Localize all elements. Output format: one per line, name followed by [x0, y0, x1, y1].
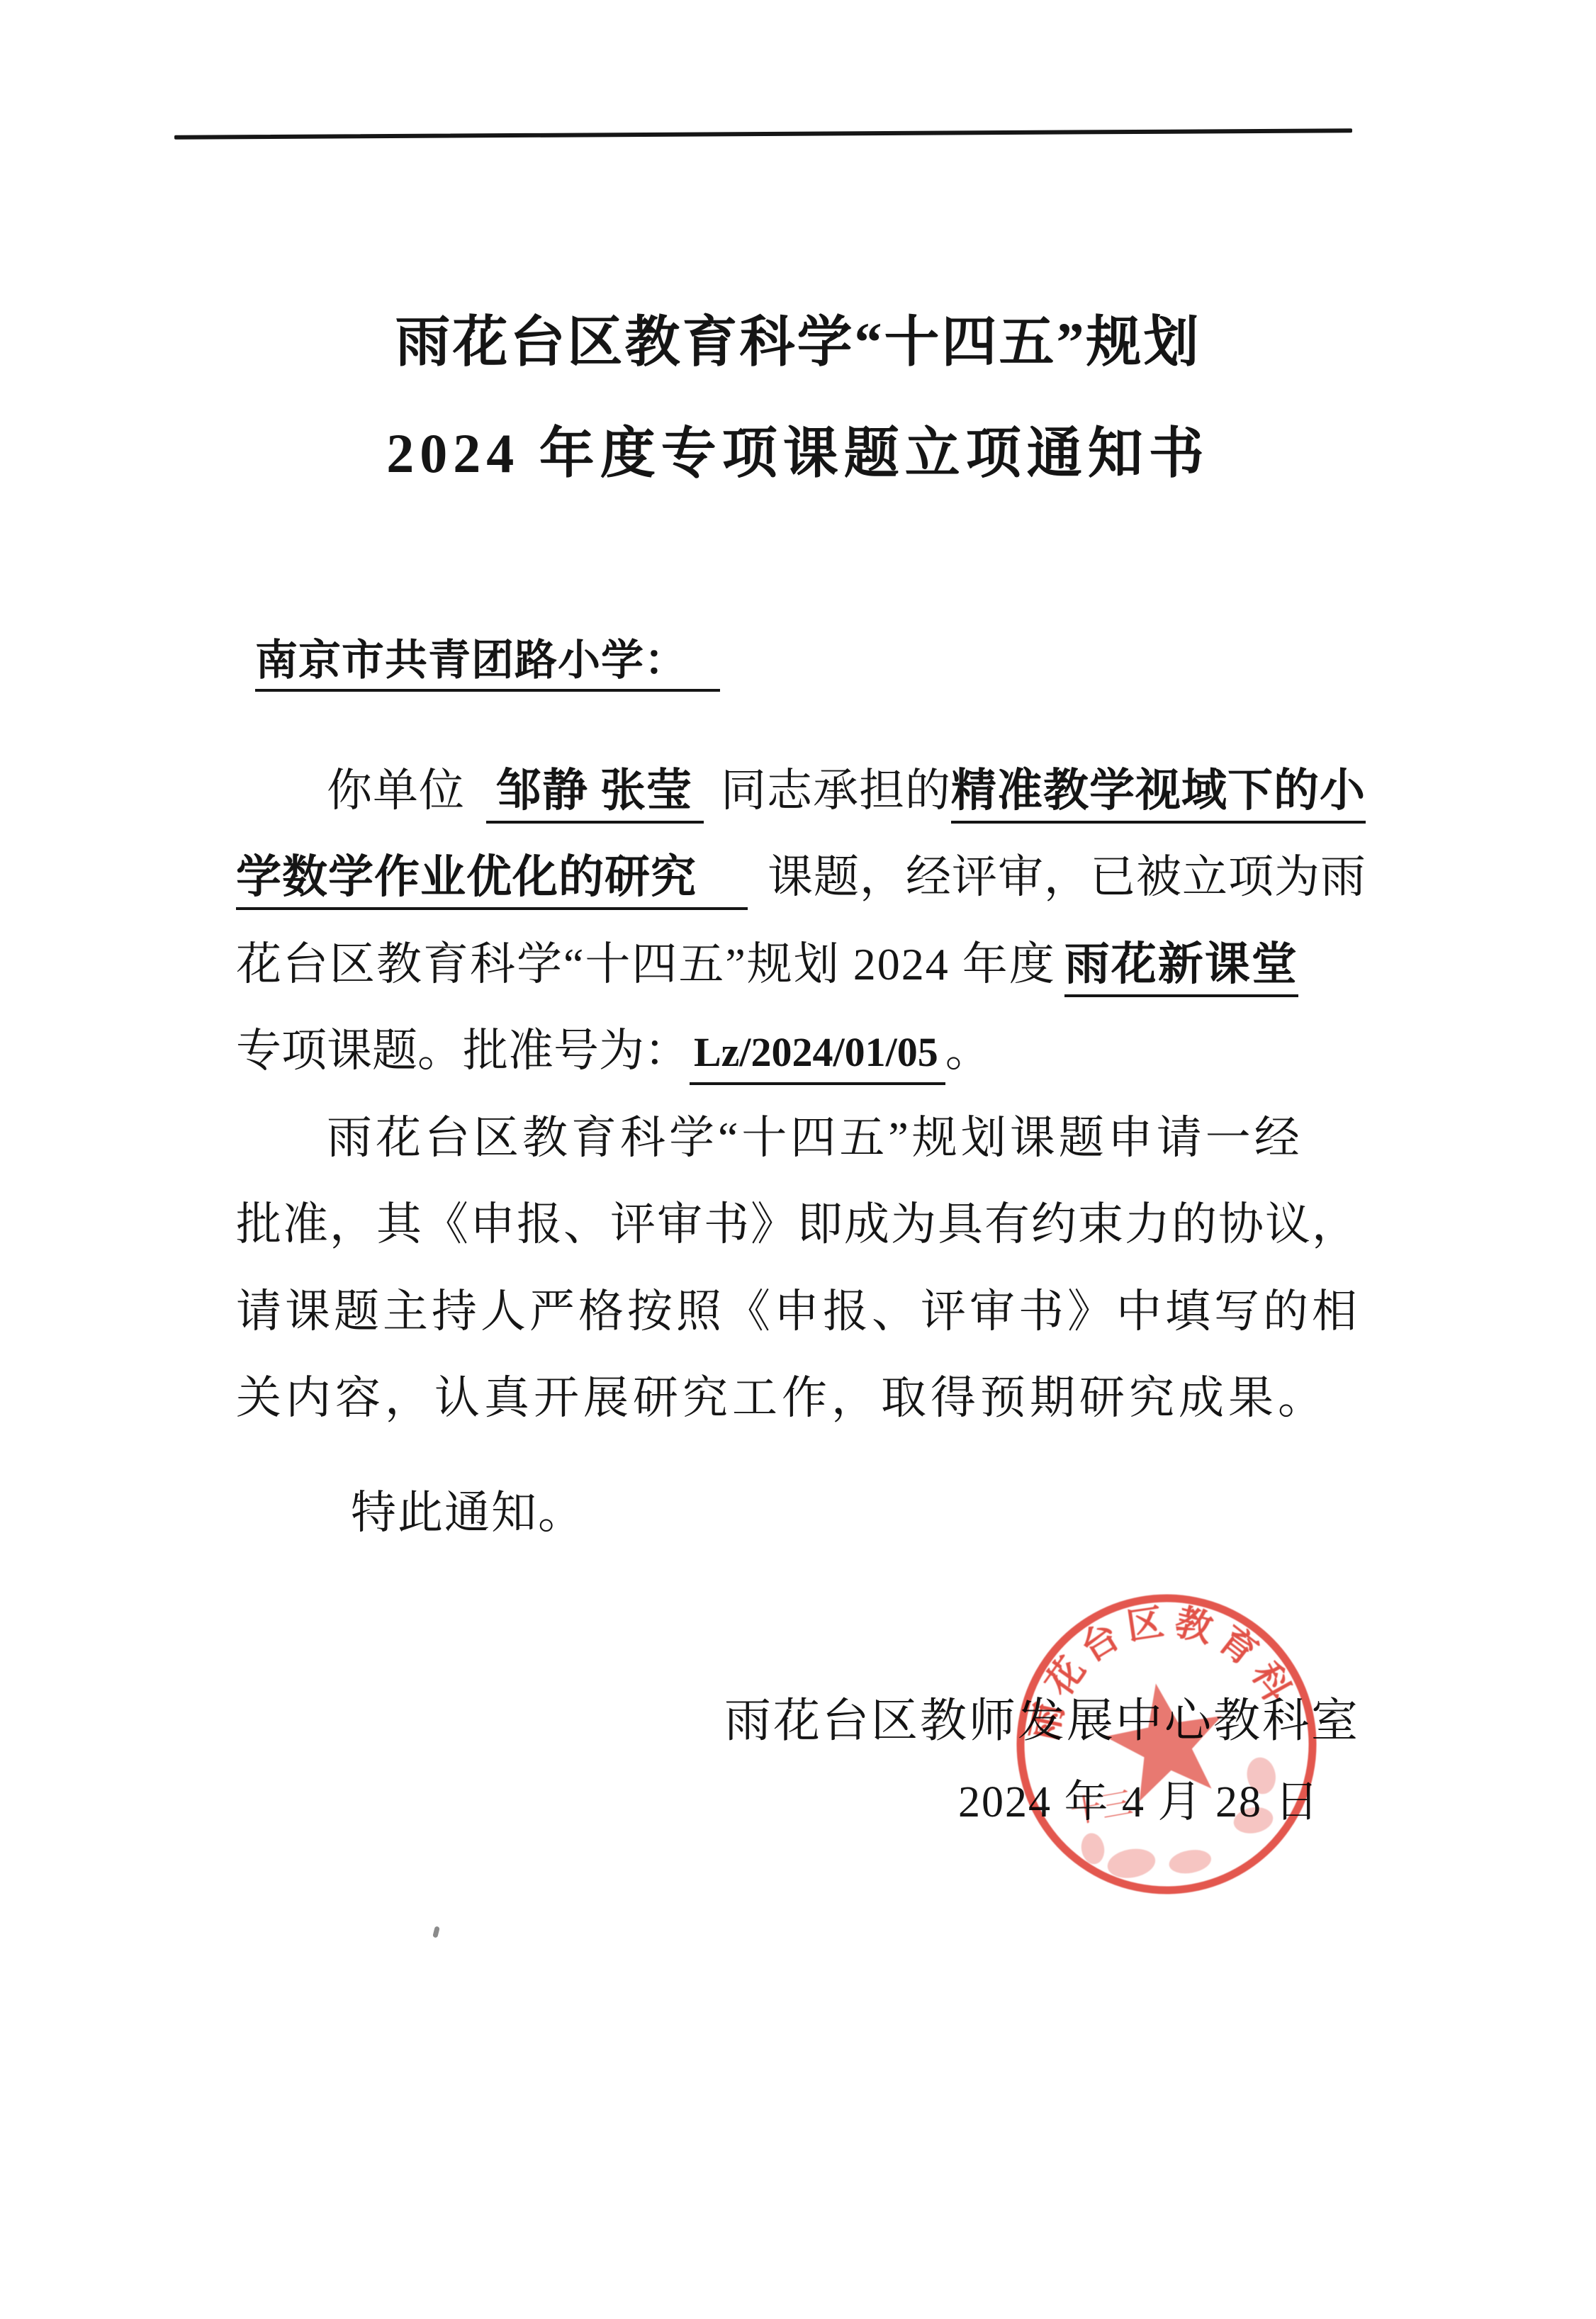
body-text: 你单位: [327, 765, 465, 816]
addressee-line: 南京市共青团路小学：: [255, 627, 720, 687]
top-horizontal-rule: [174, 128, 1352, 140]
special-category-name: 雨花新课堂: [1064, 939, 1298, 997]
approval-number: Lz/2024/01/05: [690, 1029, 945, 1085]
closing-line: 特此通知。: [236, 1486, 585, 1540]
body-text: 花台区教育科学“十四五”规划 2024 年度: [236, 939, 1056, 989]
body-text: 课题，经评审，已被立项为雨: [768, 852, 1366, 902]
project-title-part1: 精准教学视域下的小: [951, 765, 1366, 824]
scan-artifact-mark: [432, 1926, 440, 1938]
body-line-7: 请课题主持人严格按照《申报、评审书》中填写的相: [236, 1285, 1361, 1339]
body-line-5: 雨花台区教育科学“十四五”规划课题申请一经: [236, 1111, 1303, 1165]
body-line-4: 专项课题。批准号为：Lz/2024/01/05。: [236, 1024, 991, 1079]
body-line-8: 关内容，认真开展研究工作，取得预期研究成果。: [236, 1371, 1327, 1425]
notice-document-page: 雨花台区教育科学“十四五”规划 2024 年度专项课题立项通知书 南京市共青团路…: [0, 0, 1596, 2319]
body-text: 雨花台区教育科学“十四五”规划课题申请一经: [327, 1113, 1303, 1163]
official-red-seal: 雨花台区教育科学 十三: [1005, 1579, 1328, 1909]
document-title-line1: 雨花台区教育科学“十四五”规划: [0, 312, 1596, 373]
body-line-1: 你单位邹静 张莹同志承担的精准教学视域下的小: [236, 764, 1366, 818]
body-text: 。: [945, 1026, 991, 1076]
body-line-6: 批准，其《申报、评审书》即成为具有约束力的协议，: [236, 1198, 1359, 1252]
body-text: 关内容，认真开展研究工作，取得预期研究成果。: [236, 1373, 1327, 1423]
closing-text: 特此通知。: [351, 1488, 585, 1538]
body-text: 请课题主持人严格按照《申报、评审书》中填写的相: [236, 1286, 1361, 1337]
body-line-2: 学数学作业优化的研究课题，经评审，已被立项为雨: [236, 850, 1366, 904]
body-text: 专项课题。批准号为：: [236, 1026, 690, 1076]
body-text: 批准，其《申报、评审书》即成为具有约束力的协议，: [236, 1199, 1359, 1250]
document-title-line2: 2024 年度专项课题立项通知书: [0, 423, 1596, 484]
seal-fragment-text: 十三: [1068, 1785, 1135, 1831]
addressee-name: 南京市共青团路小学：: [255, 637, 720, 692]
body-text: 同志承担的: [721, 765, 951, 816]
project-leaders: 邹静 张莹: [486, 765, 704, 824]
seal-star-icon: [1097, 1673, 1234, 1805]
project-title-part2: 学数学作业优化的研究: [236, 852, 748, 910]
body-line-3: 花台区教育科学“十四五”规划 2024 年度雨花新课堂: [236, 938, 1298, 992]
